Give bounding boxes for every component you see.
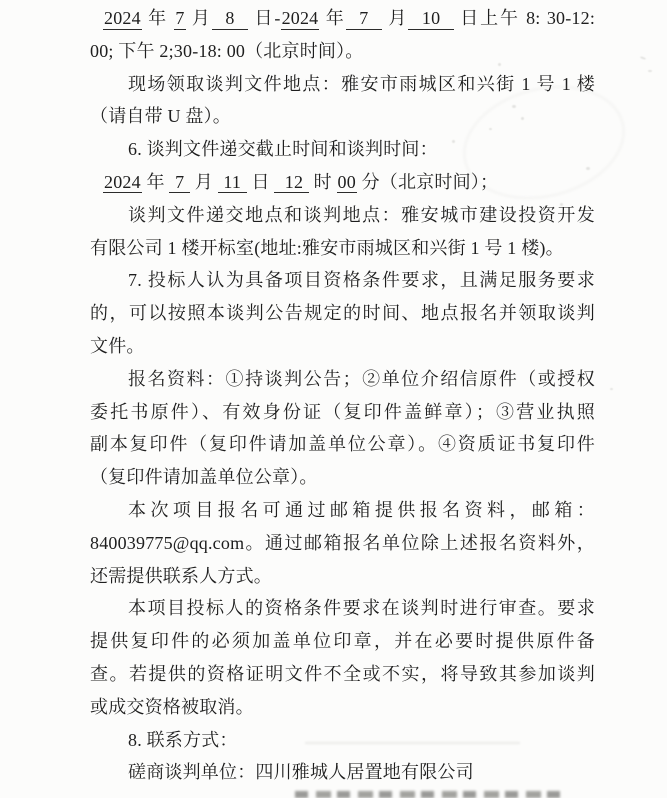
blank-fill-value: 12	[274, 172, 309, 194]
text-line: 或成交资格被取消。	[90, 691, 595, 724]
text-line: 本项目投标人的资格条件要求在谈判时进行审查。要求	[90, 592, 595, 625]
text-run: 磋商谈判单位：四川雅城人居置地有限公司	[128, 762, 474, 782]
text-run: 年	[142, 8, 175, 28]
text-run: （复印件请加盖单位公章）。	[90, 467, 318, 487]
text-run: 谈判文件递交地点和谈判地点：雅安城市建设投资开发	[128, 205, 595, 225]
blank-fill-value: 10	[408, 8, 454, 30]
text-line: 还需提供联系人方式。	[90, 560, 595, 593]
text-run: 日-	[248, 8, 280, 28]
text-run: 还需提供联系人方式。	[90, 566, 272, 586]
text-run: 文件。	[90, 336, 145, 356]
text-run: 报名资料：①持谈判公告；②单位介绍信原件（或授权	[128, 369, 595, 389]
blank-fill-value: 8	[212, 8, 249, 30]
text-line: 谈判文件递交地点和谈判地点：雅安城市建设投资开发	[90, 199, 595, 232]
text-run: 日	[247, 172, 275, 192]
blank-fill-value: 7	[169, 172, 190, 194]
text-run: 时	[309, 172, 337, 192]
blank-fill-value: 2024	[103, 8, 142, 30]
text-line: 2024 年 7 月 8 日-2024 年 7 月 10 日上午 8: 30-1…	[90, 2, 595, 35]
text-run: 本项目投标人的资格条件要求在谈判时进行审查。要求	[128, 598, 595, 618]
text-line: 2024 年 7 月 11 日 12 时 00 分（北京时间）；	[90, 166, 595, 199]
text-run: 日上午 8: 30-12:	[454, 8, 595, 28]
announcement-body: 2024 年 7 月 8 日-2024 年 7 月 10 日上午 8: 30-1…	[90, 2, 595, 789]
text-line: 文件。	[90, 330, 595, 363]
text-run: 6. 谈判文件递交截止时间和谈判时间：	[128, 139, 438, 159]
blank-fill-value: 2024	[103, 172, 142, 194]
text-run: 或成交资格被取消。	[90, 697, 254, 717]
text-line: 副本复印件（复印件请加盖单位公章）。④资质证书复印件	[90, 428, 595, 461]
scan-speck	[610, 388, 613, 390]
text-line: 8. 联系方式：	[90, 724, 595, 757]
text-run: 的，可以按照本谈判公告规定的时间、地点报名并领取谈判	[90, 303, 595, 323]
text-run: 月	[382, 8, 408, 28]
text-line: 本次项目报名可通过邮箱提供报名资料，邮箱：	[90, 494, 595, 527]
blank-fill-value: 2024	[281, 8, 320, 30]
text-line: 委托书原件）、有效身份证（复印件盖鲜章）；③营业执照	[90, 396, 595, 429]
text-line: 提供复印件的必须加盖单位印章，并在必要时提供原件备	[90, 625, 595, 658]
blank-fill-value: 7	[174, 8, 185, 30]
text-line: 查。若提供的资格证明文件不全或不实，将导致其参加谈判	[90, 658, 595, 691]
text-line: 磋商谈判单位：四川雅城人居置地有限公司	[90, 756, 595, 789]
blank-fill-value: 7	[346, 8, 383, 30]
text-run: 年	[319, 8, 345, 28]
text-run: 现场领取谈判文件地点：雅安市雨城区和兴街 1 号 1 楼	[128, 74, 595, 94]
text-run: 8. 联系方式：	[128, 730, 238, 750]
text-run: 7. 投标人认为具备项目资格条件要求，且满足服务要求	[128, 270, 595, 290]
text-run: 840039775@qq.com。通过邮箱报名单位除上述报名资料外，	[90, 533, 595, 553]
text-run: 月	[186, 8, 212, 28]
text-line: 现场领取谈判文件地点：雅安市雨城区和兴街 1 号 1 楼	[90, 68, 595, 101]
scan-speck	[648, 70, 652, 72]
scan-speck	[640, 56, 646, 60]
text-run: 月	[190, 172, 218, 192]
text-line: 840039775@qq.com。通过邮箱报名单位除上述报名资料外，	[90, 527, 595, 560]
document-page: 2024 年 7 月 8 日-2024 年 7 月 10 日上午 8: 30-1…	[0, 0, 667, 798]
text-run: 副本复印件（复印件请加盖单位公章）。④资质证书复印件	[90, 434, 595, 454]
text-line: 有限公司 1 楼开标室(地址:雅安市雨城区和兴街 1 号 1 楼)。	[90, 232, 595, 265]
blank-fill-value: 11	[218, 172, 247, 194]
text-run: 委托书原件）、有效身份证（复印件盖鲜章）；③营业执照	[90, 402, 595, 422]
text-run: 分（北京时间）；	[357, 172, 498, 192]
text-line: 报名资料：①持谈判公告；②单位介绍信原件（或授权	[90, 363, 595, 396]
text-run: 提供复印件的必须加盖单位印章，并在必要时提供原件备	[90, 631, 595, 651]
text-run: 查。若提供的资格证明文件不全或不实，将导致其参加谈判	[90, 664, 595, 684]
text-line: 6. 谈判文件递交截止时间和谈判时间：	[90, 133, 595, 166]
text-line: 的，可以按照本谈判公告规定的时间、地点报名并领取谈判	[90, 297, 595, 330]
text-line: 00; 下午 2;30-18: 00（北京时间）。	[90, 35, 595, 68]
text-line: （复印件请加盖单位公章）。	[90, 461, 595, 494]
text-run: 年	[142, 172, 170, 192]
text-run: 00; 下午 2;30-18: 00（北京时间）。	[90, 41, 364, 61]
text-line: 7. 投标人认为具备项目资格条件要求，且满足服务要求	[90, 264, 595, 297]
text-run: 本次项目报名可通过邮箱提供报名资料，邮箱：	[128, 500, 595, 520]
cut-off-next-line	[295, 791, 563, 798]
text-run: （请自带 U 盘）。	[90, 106, 231, 126]
text-run: 有限公司 1 楼开标室(地址:雅安市雨城区和兴街 1 号 1 楼)。	[90, 238, 564, 258]
blank-fill-value: 00	[337, 172, 357, 194]
text-line: （请自带 U 盘）。	[90, 100, 595, 133]
